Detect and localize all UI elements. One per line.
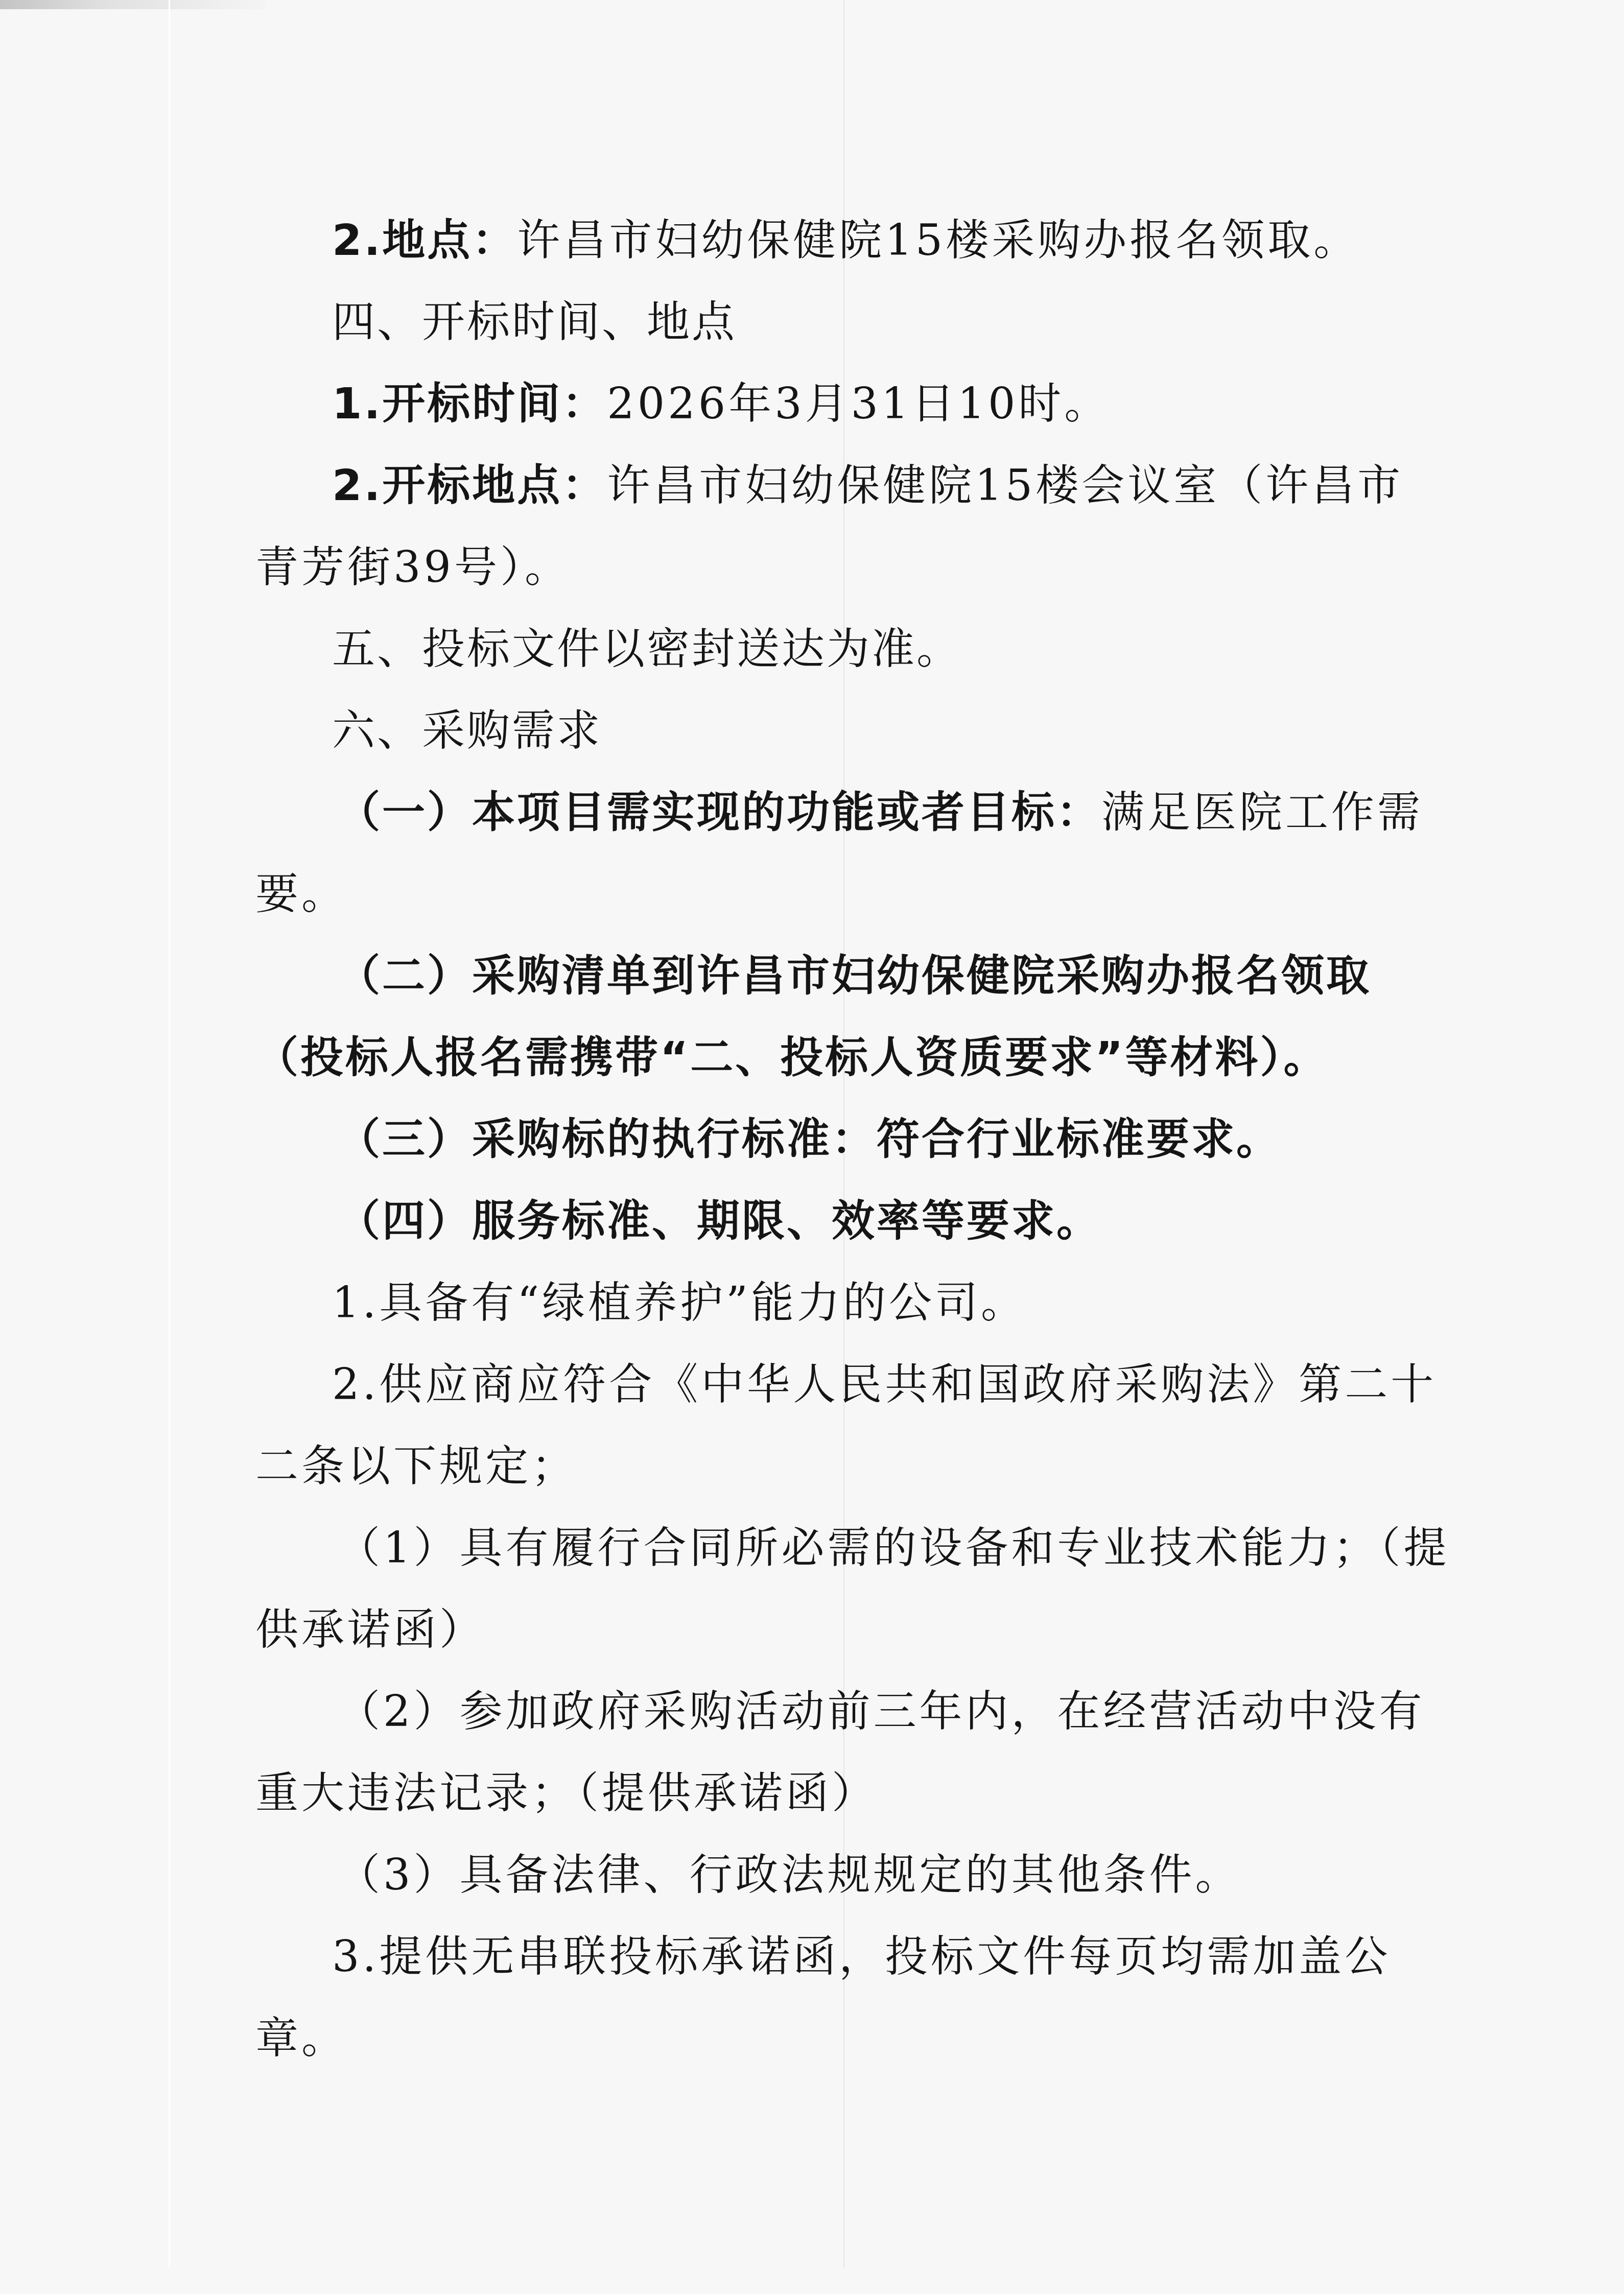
requirement-4-line: （四）服务标准、期限、效率等要求。 [337,1195,1101,1246]
requirement-1-label: （一）本项目需实现的功能或者目标： [337,787,1101,837]
section-heading-4: 四、开标时间、地点 [332,296,737,347]
location-value: 许昌市妇幼保健院15楼采购办报名领取。 [517,215,1359,265]
item-2-continued: 二条以下规定； [255,1440,577,1492]
opening-time-line: 1.开标时间：2026年3月31日10时。 [332,378,1110,429]
opening-time-value: 2026年3月31日10时。 [607,379,1110,429]
location-label: 2.地点： [332,215,517,265]
subitem-2-continued: 重大违法记录；（提供承诺函） [255,1767,878,1818]
opening-place-continued: 青芳街39号）。 [255,541,571,593]
item-3-line: 3.提供无串联投标承诺函，投标文件每页均需加盖公 [332,1931,1391,1982]
requirement-3-line: （三）采购标的执行标准：符合行业标准要求。 [337,1114,1281,1165]
requirement-1-continued: 要。 [255,868,347,919]
subitem-2-line: （2）参加政府采购活动前三年内，在经营活动中没有 [337,1686,1425,1737]
item-3-continued: 章。 [255,2013,347,2064]
item-1-line: 1.具备有“绿植养护”能力的公司。 [332,1277,1027,1328]
section-heading-6: 六、采购需求 [332,705,602,756]
location-line: 2.地点：许昌市妇幼保健院15楼采购办报名领取。 [332,215,1359,266]
requirement-1-line: （一）本项目需实现的功能或者目标：满足医院工作需 [337,787,1423,838]
subitem-1-line: （1）具有履行合同所必需的设备和专业技术能力；（提 [337,1522,1449,1573]
opening-time-label: 1.开标时间： [332,379,607,429]
opening-place-value: 许昌市妇幼保健院15楼会议室（许昌市 [607,460,1403,510]
opening-place-label: 2.开标地点： [332,460,607,510]
requirement-2-line: （二）采购清单到许昌市妇幼保健院采购办报名领取 [337,950,1371,1001]
scan-edge-line [169,0,170,2268]
scan-artifact-corner [0,0,266,9]
requirement-2-continued: （投标人报名需携带“二、投标人资质要求”等材料）。 [255,1032,1328,1083]
item-2-line: 2.供应商应符合《中华人民共和国政府采购法》第二十 [332,1359,1437,1410]
subitem-3-line: （3）具备法律、行政法规规定的其他条件。 [337,1849,1241,1900]
opening-place-line: 2.开标地点：许昌市妇幼保健院15楼会议室（许昌市 [332,460,1403,511]
requirement-1-value: 满足医院工作需 [1101,787,1423,837]
section-heading-5: 五、投标文件以密封送达为准。 [332,623,961,674]
subitem-1-continued: 供承诺函） [255,1604,485,1655]
